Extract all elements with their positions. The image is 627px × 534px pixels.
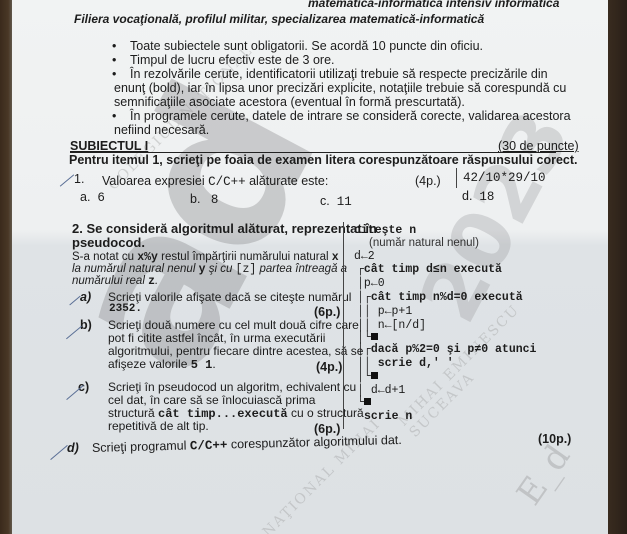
item2b-last-text: afişeze valorile [108,357,187,371]
item1-lang: C/C++ [208,175,246,189]
item2b-text: algoritmului, pentru fiecare dintre aces… [108,344,363,358]
pseudocode-line: │p←0 [357,277,385,291]
check-mark-icon [50,445,67,460]
item2c-post: cu o structură [288,406,364,420]
pseudocode-line: │┌cât timp n%d=0 execută [357,291,523,305]
code-text: n←[n/d] [378,319,426,332]
item1-points: (4p.) [415,174,441,188]
pseudocode-line: scrie n [364,410,412,424]
pseudocode-line: │└ [357,370,378,384]
desc-code: z [148,275,155,288]
rule-continuation: enunţ (bold), iar în lipsa unor precizăr… [114,81,566,95]
pseudocode-line: └ [357,396,371,410]
check-mark-icon [69,296,80,306]
item2d-points: (10p.) [538,432,571,446]
item2d-lang: C/C++ [190,438,228,453]
header-line1: matematică-informatică intensiv informat… [308,0,559,10]
item2b-text: Scrieţi două numere cu cel mult două cif… [108,318,359,332]
code-text: p←0 [364,277,385,290]
option-value: 8 [211,193,219,207]
item2b-text-last: afişeze valorile 5 1. [108,357,216,372]
option-value: 6 [97,191,105,205]
desc-text: numărului real [72,275,148,287]
rule-continuation: semnificaţiile asociate acestora (eventu… [114,95,465,109]
rule-item: Timpul de lucru efectiv este de 3 ore. [112,53,335,67]
item2a-text: Scrieţi valorile afişate dacă se citeşte… [108,290,351,304]
code-text: dacă p%2=0 şi p≠0 atunci [371,343,537,356]
check-mark-icon [66,326,82,340]
item2c-text: cel dat, în care să se înlocuiască prima [108,393,315,407]
watermark-corner: E_d [509,437,578,512]
item2b-points: (4p.) [316,360,342,374]
desc-text: partea întreagă a [256,263,347,275]
item2b-text: pot fi citite astfel încât, în urma exec… [108,331,325,345]
section-title: SUBIECTUL I [70,139,148,153]
option-letter: b. [190,192,200,206]
item2-title-cont: pseudocod. [72,236,145,250]
block-end-icon [371,333,378,340]
item1-question-end: alăturate este: [249,174,328,188]
item2a-points: (6p.) [314,305,340,319]
pseudocode-line: d←2 [354,250,375,264]
item1-number: 1. [74,172,84,186]
section-points: (30 de puncte) [498,139,579,153]
desc-code: [z] [236,263,257,276]
item1-question: Valoarea expresiei C/C++ alăturate este: [102,174,328,189]
code-text: d←d+1 [371,384,406,397]
option-b: b. 8 [190,192,218,207]
rule-continuation: nefiind necesară. [114,123,209,137]
code-text: scrie d,' ' [378,357,454,370]
exam-page: ad 2023 COLEGIUL NAŢIONAL MIHAI EMINESCU… [12,0,608,534]
pseudocode-line: │┌dacă p%2=0 şi p≠0 atunci [357,343,536,357]
desc-text: . [155,275,158,287]
item2d-post: corespunzător algoritmului dat. [227,433,402,452]
item2b-values: 5 1 [191,358,213,372]
option-d: d. 18 [462,189,494,204]
header-line2: Filiera vocaţională, profilul militar, s… [74,12,484,26]
item2b-end: . [212,357,215,371]
desc-text: şi cu [206,263,236,275]
item2d-pre: Scrieţi programul [92,438,190,455]
item2b-label: b) [80,318,92,332]
check-mark-icon [60,174,74,186]
item1-question-text: Valoarea expresiei [102,174,205,188]
item2a-label: a) [80,290,91,304]
block-end-icon [371,372,378,379]
rule-item: Toate subiectele sunt obligatorii. Se ac… [112,39,483,53]
item2c-text: Scrieţi în pseudocod un algoritm, echiva… [108,380,356,394]
item1-expression: 42/10*29/10 [463,171,546,185]
code-text: cât timp n%d=0 execută [371,291,523,304]
item2c-pre: structură [108,406,158,420]
pseudocode-comment: (număr natural nenul) [369,236,479,250]
option-value: 18 [479,190,494,204]
pseudocode-line: ││ p←p+1 [357,305,412,319]
pseudocode-line: ┌cât timp d≤n execută [357,263,502,277]
desc-code: y [199,263,206,276]
item2d-label: d) [67,441,79,455]
item1-separator [456,168,457,188]
section-instruction: Pentru itemul 1, scrieţi pe foaia de exa… [69,153,578,167]
code-text: cât timp d≤n execută [364,263,502,276]
rule-item: În rezolvările cerute, identificatorii u… [112,67,548,81]
column-divider [343,222,344,429]
item2-desc-line: numărului real z. [72,274,158,289]
rule-item: În programele cerute, datele de intrare … [112,109,571,123]
item2-title: 2. Se consideră algoritmul alăturat, rep… [72,222,377,236]
block-end-icon [364,398,371,405]
pseudocode-line: ││ scrie d,' ' [357,357,454,371]
option-c: c. 11 [320,194,352,209]
option-letter: d. [462,189,472,203]
background-right-edge [605,0,627,534]
option-letter: a. [80,190,90,204]
option-a: a. 6 [80,190,105,205]
item2a-value: 2352. [109,302,142,316]
code-text: p←p+1 [378,305,413,318]
item2c-text-last: repetitivă de alt tip. [108,419,209,433]
option-letter: c. [320,194,330,208]
item2d-text: Scrieţi programul C/C++ corespunzător al… [92,433,402,456]
option-value: 11 [337,195,352,209]
